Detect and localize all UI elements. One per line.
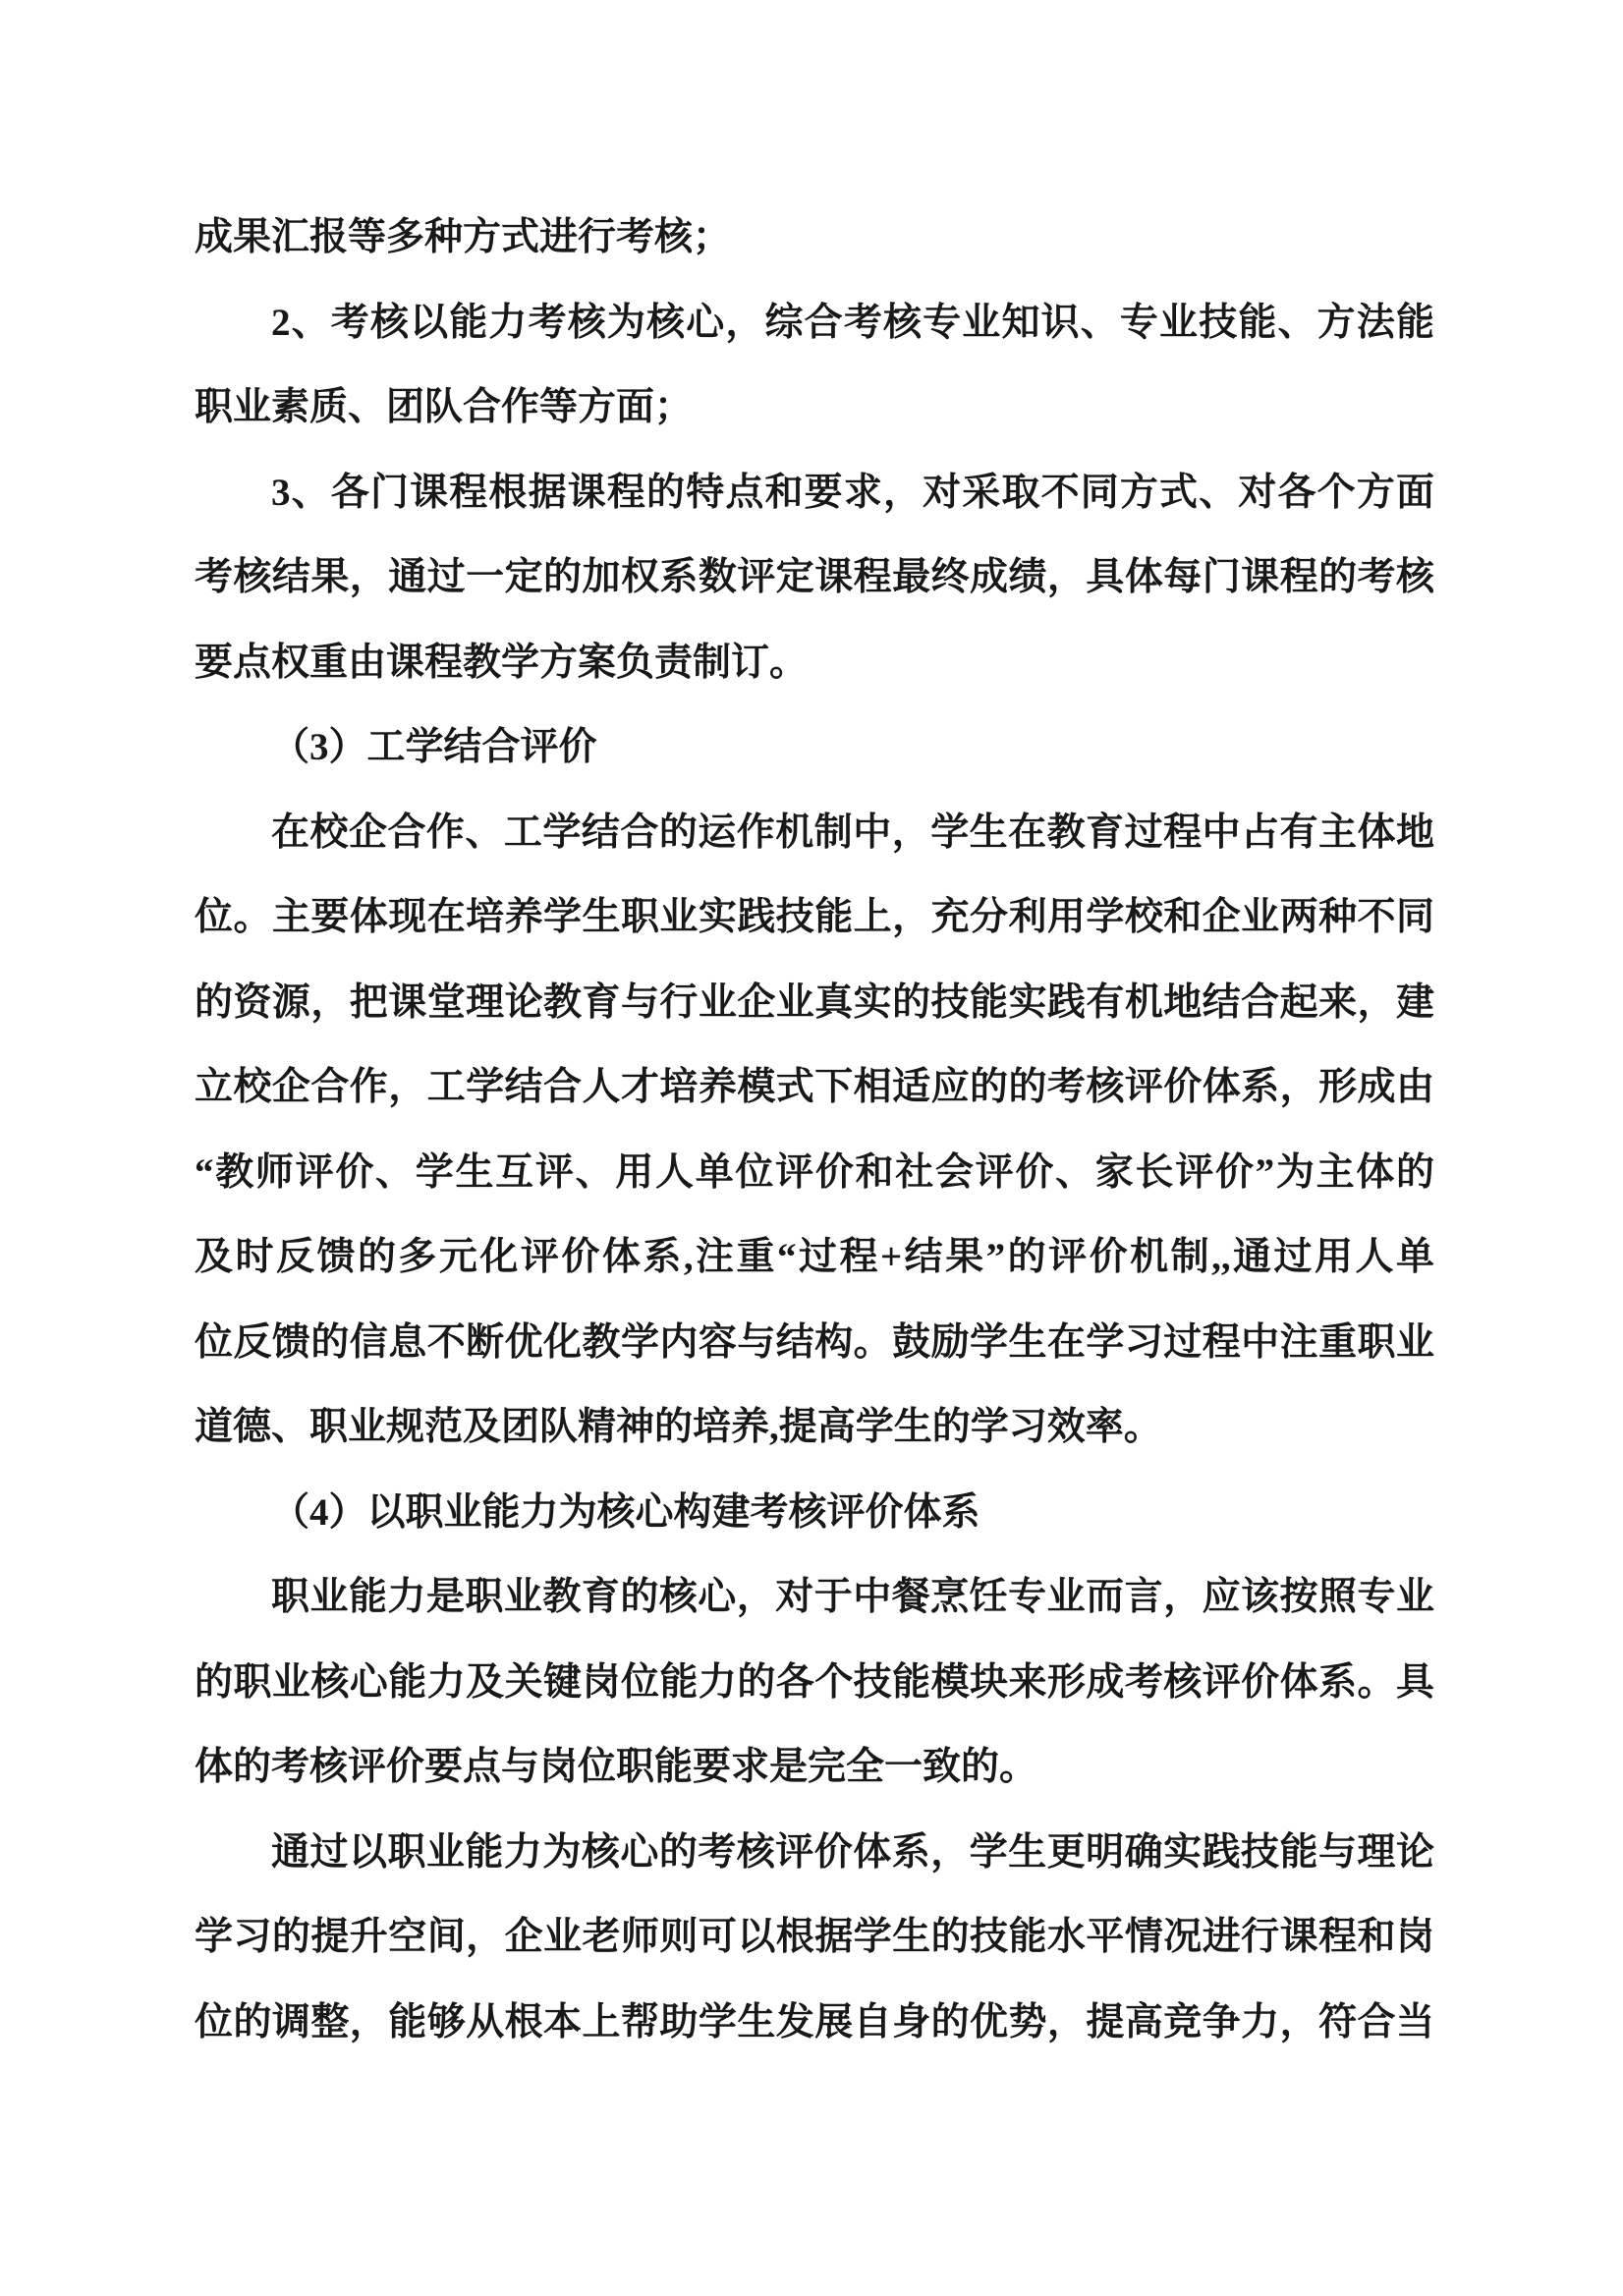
text-line: 要点权重由课程教学方案负责制订。: [195, 621, 1434, 706]
text-line: 学习的提升空间，企业老师则可以根据学生的技能水平情况进行课程和岗: [195, 1895, 1434, 1981]
text-line: 道德、职业规范及团队精神的培养,提高学生的学习效率。: [195, 1385, 1434, 1471]
text-line: 的资源，把课堂理论教育与行业企业真实的技能实践有机地结合起来，建: [195, 961, 1434, 1046]
text-line: 及时反馈的多元化评价体系,注重“过程+结果”的评价机制,,通过用人单: [195, 1215, 1434, 1301]
document-body: 成果汇报等多种方式进行考核；2、考核以能力考核为核心，综合考核专业知识、专业技能…: [195, 196, 1434, 2065]
text-line: 体的考核评价要点与岗位职能要求是完全一致的。: [195, 1725, 1434, 1811]
text-line: 位。主要体现在培养学生职业实践技能上，充分利用学校和企业两种不同: [195, 875, 1434, 961]
text-line: 3、各门课程根据课程的特点和要求，对采取不同方式、对各个方面的: [195, 451, 1434, 536]
text-line: 位反馈的信息不断优化教学内容与结构。鼓励学生在学习过程中注重职业: [195, 1301, 1434, 1386]
text-line: 通过以职业能力为核心的考核评价体系，学生更明确实践技能与理论: [195, 1811, 1434, 1896]
document-page: 成果汇报等多种方式进行考核；2、考核以能力考核为核心，综合考核专业知识、专业技能…: [0, 0, 1623, 2296]
text-line: “教师评价、学生互评、用人单位评价和社会评价、家长评价”为主体的: [195, 1131, 1434, 1216]
text-line: （4）以职业能力为核心构建考核评价体系: [195, 1471, 1434, 1556]
text-line: 的职业核心能力及关键岗位能力的各个技能模块来形成考核评价体系。具: [195, 1641, 1434, 1726]
text-line: 成果汇报等多种方式进行考核；: [195, 196, 1434, 281]
text-line: 位的调整，能够从根本上帮助学生发展自身的优势，提高竞争力，符合当: [195, 1981, 1434, 2066]
text-line: （3）工学结合评价: [195, 705, 1434, 791]
text-line: 立校企合作，工学结合人才培养模式下相适应的的考核评价体系，形成由: [195, 1045, 1434, 1131]
text-line: 考核结果，通过一定的加权系数评定课程最终成绩，具体每门课程的考核: [195, 535, 1434, 621]
text-line: 职业能力是职业教育的核心，对于中餐烹饪专业而言，应该按照专业: [195, 1555, 1434, 1641]
text-line: 在校企合作、工学结合的运作机制中，学生在教育过程中占有主体地: [195, 791, 1434, 876]
text-line: 2、考核以能力考核为核心，综合考核专业知识、专业技能、方法能力、: [195, 281, 1434, 366]
text-line: 职业素质、团队合作等方面；: [195, 365, 1434, 451]
